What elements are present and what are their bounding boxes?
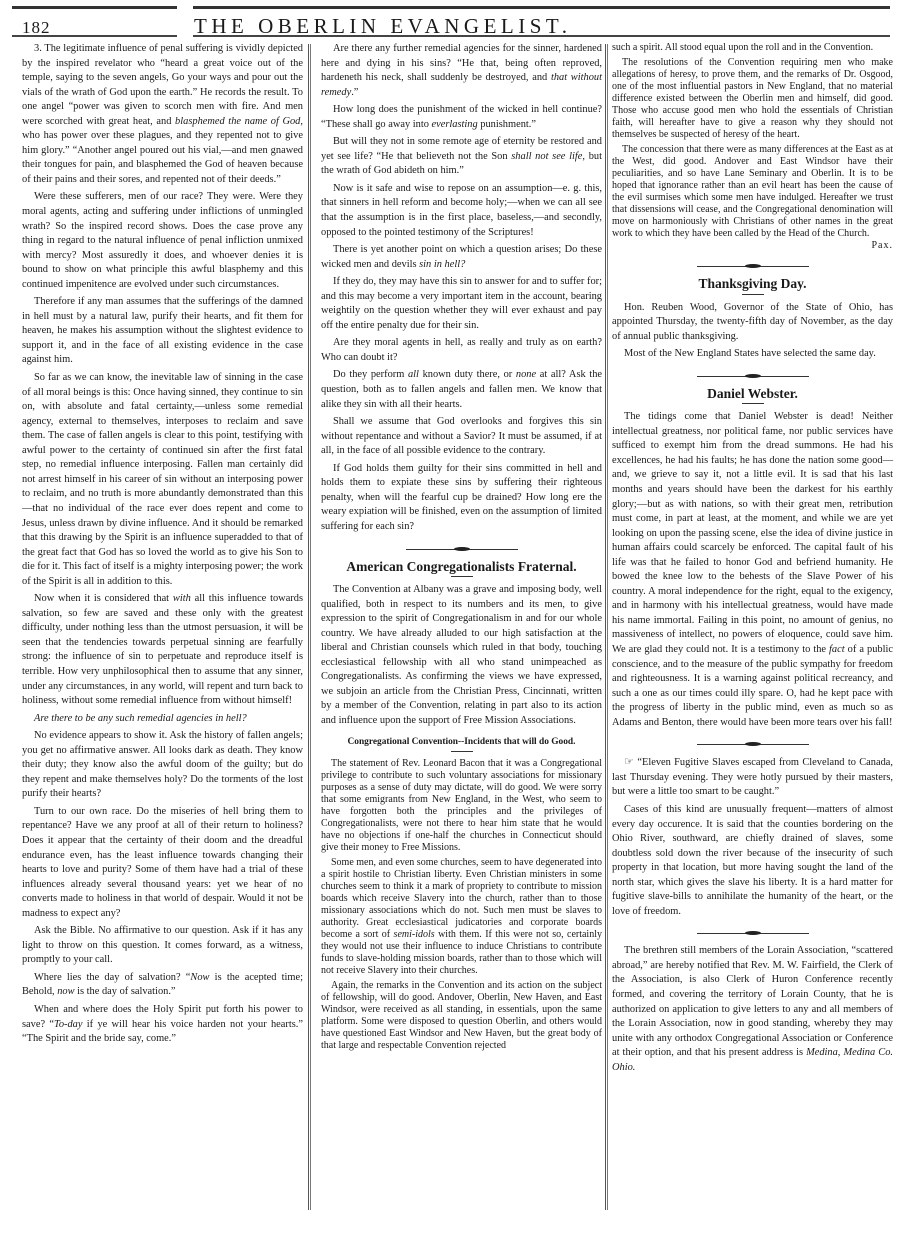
- signature: Pax.: [872, 240, 894, 252]
- emphasis: all: [408, 369, 419, 380]
- emphasis: with: [173, 593, 191, 604]
- paragraph: Now when it is considered that with all …: [22, 592, 303, 708]
- article-congregational-convention-cont: such a spirit. All stood equal upon the …: [612, 42, 893, 240]
- paragraph: Where lies the day of salvation? “Now is…: [22, 971, 303, 1000]
- paragraph: Hon. Reuben Wood, Governor of the State …: [612, 301, 893, 345]
- paragraph: When and where does the Holy Spirit put …: [22, 1003, 303, 1047]
- heading-underline: [742, 403, 764, 404]
- section-divider: [697, 266, 809, 267]
- paragraph: Ask the Bible. No affirmative to our que…: [22, 924, 303, 968]
- heading-congregational-convention: Congregational Convention--Incidents tha…: [321, 735, 602, 750]
- paragraph: The statement of Rev. Leonard Bacon that…: [321, 758, 602, 854]
- paragraph: Therefore if any man assumes that the su…: [22, 295, 303, 368]
- paragraph: Do they perform all known duty there, or…: [321, 368, 602, 412]
- section-divider: [697, 933, 809, 934]
- article-penal-suffering: 3. The legitimate influence of penal suf…: [22, 42, 303, 1047]
- emphasis: Are there to be any such remedial agenci…: [34, 713, 247, 724]
- article-congregationalists-fraternal: The Convention at Albany was a grave and…: [321, 583, 602, 728]
- heading-congregationalists-fraternal: American Congregationalists Fraternal.: [321, 560, 602, 575]
- emphasis: shall not see life: [511, 151, 582, 162]
- column-2: Are there any further remedial agencies …: [321, 42, 602, 1052]
- paragraph: Most of the New England States have sele…: [612, 347, 893, 362]
- heading-thanksgiving: Thanksgiving Day.: [612, 277, 893, 292]
- article-penal-suffering-cont: Are there any further remedial agencies …: [321, 42, 602, 535]
- emphasis: To-day: [54, 1019, 82, 1030]
- header-rule-left: [12, 35, 177, 37]
- paragraph: If they do, they may have this sin to an…: [321, 275, 602, 333]
- paragraph: Cases of this kind are unusually frequen…: [612, 803, 893, 919]
- column-divider: [605, 44, 608, 1210]
- paragraph: There is yet another point on which a qu…: [321, 243, 602, 272]
- emphasis: that without remedy: [321, 72, 602, 98]
- paragraph: Are there to be any such remedial agenci…: [22, 712, 303, 727]
- section-divider: [697, 744, 809, 745]
- heading-underline: [451, 576, 473, 577]
- article-thanksgiving: Hon. Reuben Wood, Governor of the State …: [612, 301, 893, 362]
- paragraph: Are there any further remedial agencies …: [321, 42, 602, 100]
- paragraph: So far as we can know, the inevitable la…: [22, 371, 303, 589]
- emphasis: sin in hell?: [419, 259, 465, 270]
- paragraph: Were these sufferers, men of our race? T…: [22, 190, 303, 292]
- heading-underline: [742, 294, 764, 295]
- section-divider: [406, 549, 518, 550]
- article-congregational-convention: The statement of Rev. Leonard Bacon that…: [321, 758, 602, 1052]
- paragraph: The resolutions of the Convention requir…: [612, 57, 893, 141]
- header-rule-right: [193, 35, 890, 37]
- article-fugitive-slaves: ☞ “Eleven Fugitive Slaves escaped from C…: [612, 755, 893, 919]
- emphasis: now: [57, 986, 74, 997]
- section-divider: [697, 376, 809, 377]
- paragraph: How long does the punishment of the wick…: [321, 103, 602, 132]
- column-divider: [308, 44, 311, 1210]
- paragraph: The Convention at Albany was a grave and…: [321, 583, 602, 728]
- emphasis: fact: [829, 644, 845, 655]
- pointing-hand-icon: ☞: [624, 756, 637, 768]
- article-daniel-webster: The tidings come that Daniel Webster is …: [612, 410, 893, 730]
- emphasis: everlasting: [432, 119, 478, 130]
- paragraph: ☞ “Eleven Fugitive Slaves escaped from C…: [612, 755, 893, 800]
- top-rule-left: [12, 6, 177, 9]
- article-lorain-association: The brethren still members of the Lorain…: [612, 944, 893, 1075]
- top-rule-right: [193, 6, 890, 9]
- paragraph: Now is it safe and wise to repose on an …: [321, 182, 602, 240]
- paragraph: But will they not in some remote age of …: [321, 135, 602, 179]
- paragraph: The concession that there were as many d…: [612, 144, 893, 240]
- emphasis: semi-idols: [394, 929, 435, 940]
- paragraph: Again, the remarks in the Convention and…: [321, 980, 602, 1052]
- heading-daniel-webster: Daniel Webster.: [612, 387, 893, 402]
- paragraph: 3. The legitimate influence of penal suf…: [22, 42, 303, 187]
- paragraph: such a spirit. All stood equal upon the …: [612, 42, 893, 54]
- paragraph: Turn to our own race. Do the miseries of…: [22, 805, 303, 921]
- paragraph: Some men, and even some churches, seem t…: [321, 857, 602, 977]
- emphasis: Now: [190, 972, 209, 983]
- paragraph: If God holds them guilty for their sins …: [321, 462, 602, 535]
- emphasis: Medina, Medina Co. Ohio.: [612, 1047, 893, 1073]
- paragraph: Are they moral agents in hell, as really…: [321, 336, 602, 365]
- paragraph: No evidence appears to show it. Ask the …: [22, 729, 303, 802]
- column-1: 3. The legitimate influence of penal suf…: [22, 42, 303, 1047]
- heading-underline: [451, 751, 473, 752]
- emphasis: none: [516, 369, 536, 380]
- paragraph: The brethren still members of the Lorain…: [612, 944, 893, 1075]
- paragraph: Shall we assume that God overlooks and f…: [321, 415, 602, 459]
- paragraph: The tidings come that Daniel Webster is …: [612, 410, 893, 730]
- column-3: such a spirit. All stood equal upon the …: [612, 42, 893, 1075]
- emphasis: blasphemed the name of God: [175, 116, 300, 127]
